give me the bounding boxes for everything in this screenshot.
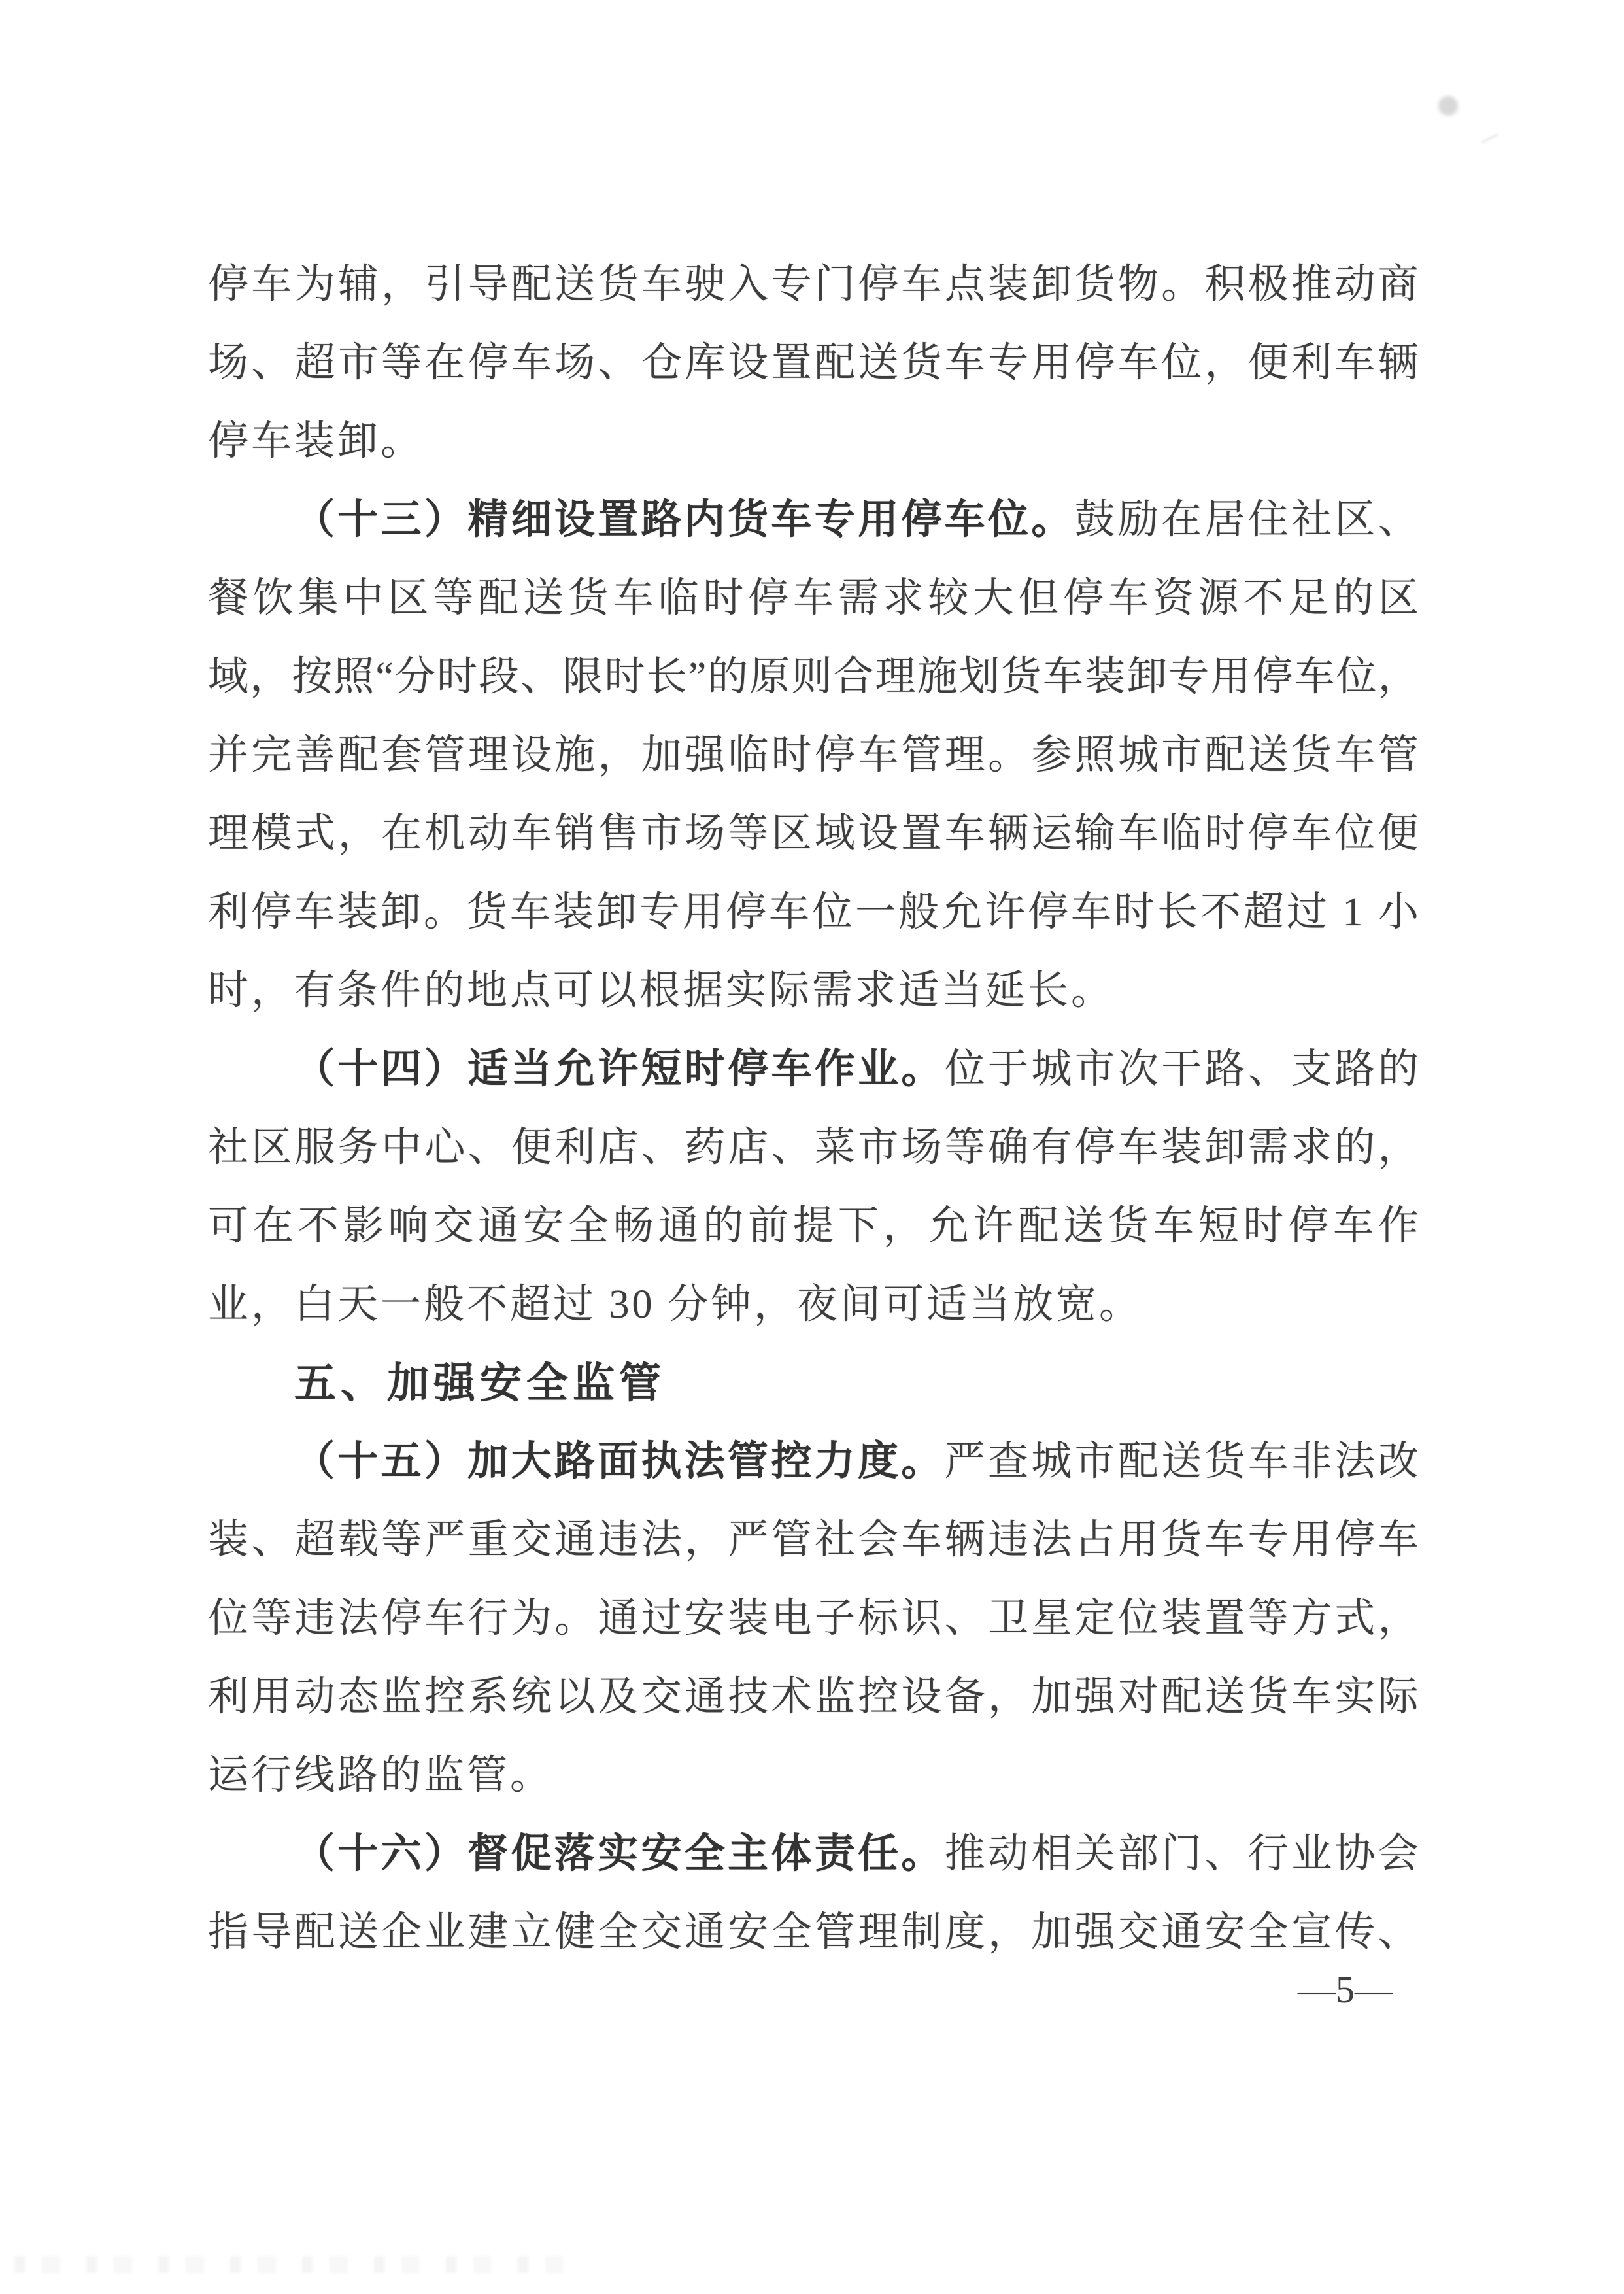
text-line: （十三）精细设置路内货车专用停车位。鼓励在居住社区、 — [208, 481, 1419, 559]
text-line: 利用动态监控系统以及交通技术监控设备，加强对配送货车实际 — [208, 1658, 1419, 1736]
text-line: 指导配送企业建立健全交通安全管理制度，加强交通安全宣传、 — [208, 1893, 1419, 1972]
text-line: 时，有条件的地点可以根据实际需求适当延长。 — [208, 951, 1419, 1030]
paragraph: 停车为辅，引导配送货车驶入专门停车点装卸货物。积极推动商场、超市等在停车场、仓库… — [208, 245, 1419, 481]
text-line: 社区服务中心、便利店、药店、菜市场等确有停车装卸需求的， — [208, 1108, 1419, 1187]
text-line: 装、超载等严重交通违法，严管社会车辆违法占用货车专用停车 — [208, 1501, 1419, 1579]
text-line: 位等违法停车行为。通过安装电子标识、卫星定位装置等方式， — [208, 1579, 1419, 1658]
section-heading: 五、加强安全监管 — [208, 1344, 1419, 1422]
paragraph: （十六）督促落实安全主体责任。推动相关部门、行业协会指导配送企业建立健全交通安全… — [208, 1815, 1419, 1972]
text-line: 利停车装卸。货车装卸专用停车位一般允许停车时长不超过 1 小 — [208, 873, 1419, 951]
text-line: （十四）适当允许短时停车作业。位于城市次干路、支路的 — [208, 1030, 1419, 1108]
scan-artifact-smudge — [1438, 96, 1458, 116]
paragraph: （十三）精细设置路内货车专用停车位。鼓励在居住社区、餐饮集中区等配送货车临时停车… — [208, 481, 1419, 1030]
section-heading-line: 五、加强安全监管 — [208, 1344, 1419, 1422]
document-page: 停车为辅，引导配送货车驶入专门停车点装卸货物。积极推动商场、超市等在停车场、仓库… — [0, 0, 1624, 2294]
text-line: 场、超市等在停车场、仓库设置配送货车专用停车位，便利车辆 — [208, 324, 1419, 402]
text-line: 运行线路的监管。 — [208, 1736, 1419, 1815]
scan-artifact-mark — [1481, 133, 1498, 144]
scan-noise-strip — [14, 2256, 570, 2273]
text-line: 并完善配套管理设施，加强临时停车管理。参照城市配送货车管 — [208, 716, 1419, 795]
text-line: 停车为辅，引导配送货车驶入专门停车点装卸货物。积极推动商 — [208, 245, 1419, 324]
text-line: 理模式，在机动车销售市场等区域设置车辆运输车临时停车位便 — [208, 795, 1419, 873]
paragraph: （十五）加大路面执法管控力度。严查城市配送货车非法改装、超载等严重交通违法，严管… — [208, 1422, 1419, 1815]
text-line: （十五）加大路面执法管控力度。严查城市配送货车非法改 — [208, 1422, 1419, 1501]
text-line: 餐饮集中区等配送货车临时停车需求较大但停车资源不足的区 — [208, 559, 1419, 638]
text-line: 停车装卸。 — [208, 402, 1419, 481]
text-line: （十六）督促落实安全主体责任。推动相关部门、行业协会 — [208, 1815, 1419, 1893]
text-line: 可在不影响交通安全畅通的前提下，允许配送货车短时停车作 — [208, 1187, 1419, 1265]
page-number: —5— — [1298, 1967, 1415, 2013]
text-line: 域，按照“分时段、限时长”的原则合理施划货车装卸专用停车位， — [208, 638, 1419, 716]
paragraph: （十四）适当允许短时停车作业。位于城市次干路、支路的社区服务中心、便利店、药店、… — [208, 1030, 1419, 1344]
text-line: 业，白天一般不超过 30 分钟，夜间可适当放宽。 — [208, 1265, 1419, 1344]
document-body: 停车为辅，引导配送货车驶入专门停车点装卸货物。积极推动商场、超市等在停车场、仓库… — [208, 245, 1419, 1972]
